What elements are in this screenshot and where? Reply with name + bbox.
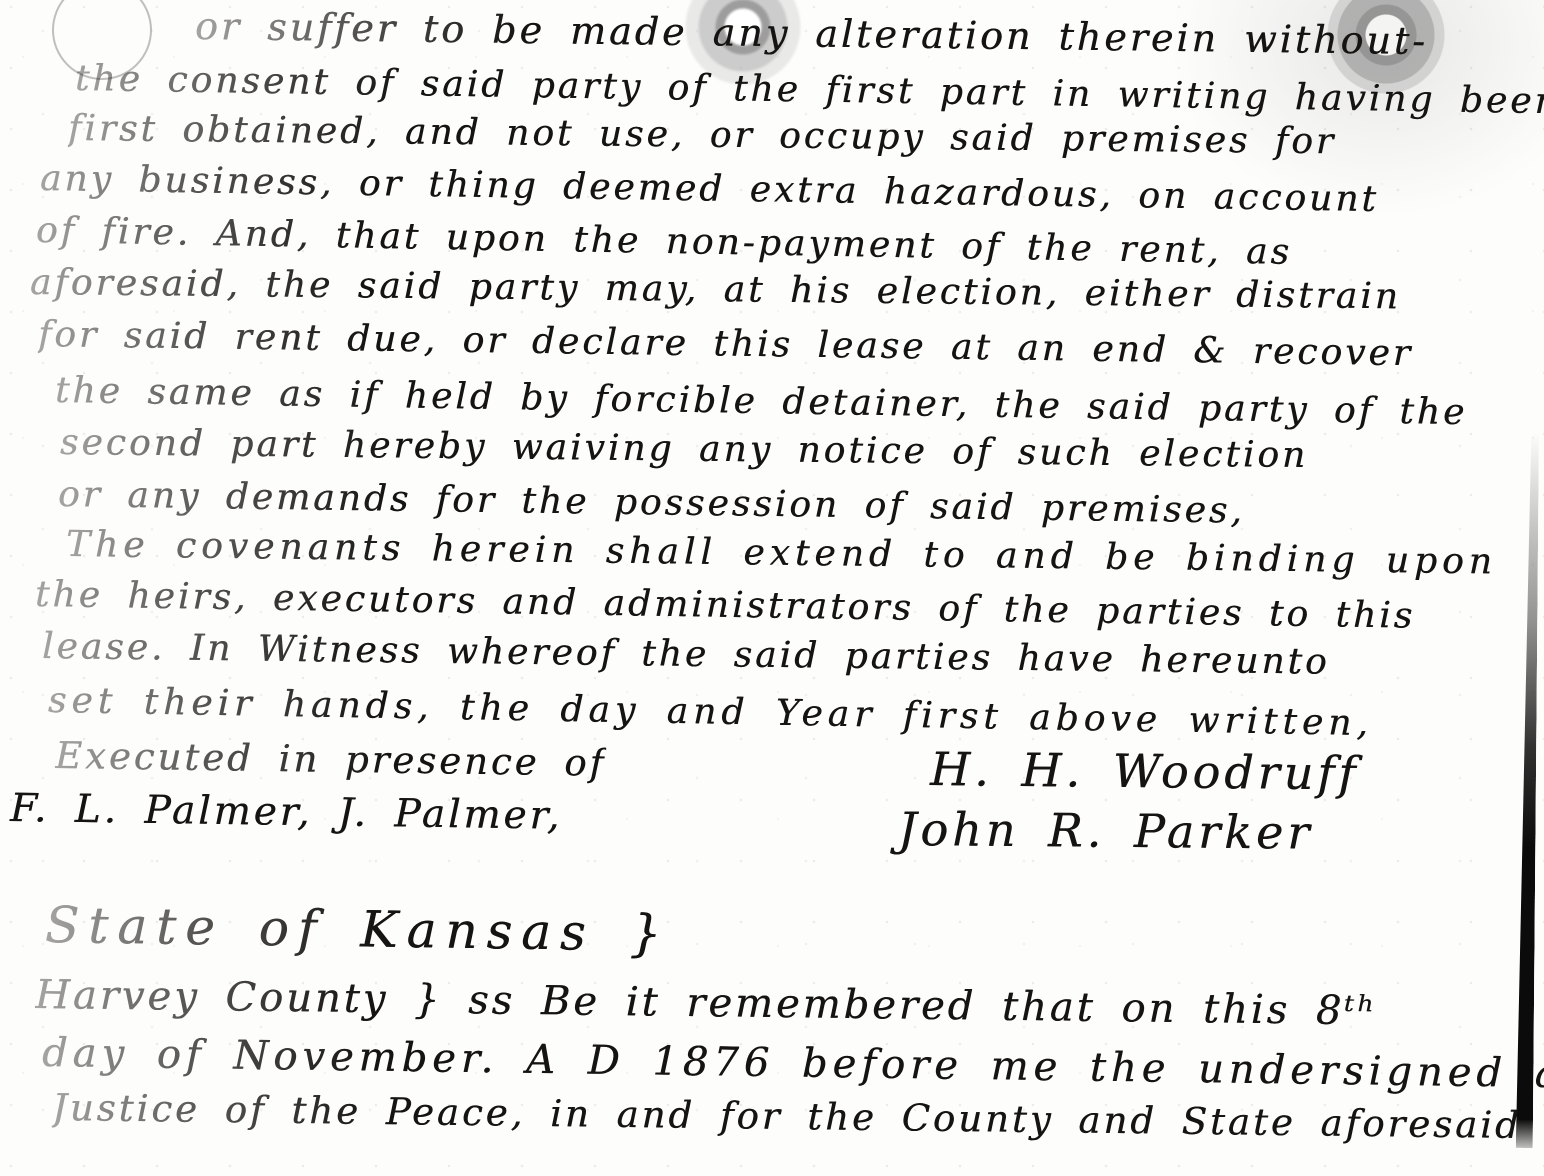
handwritten-line: or any demands for the possession of sai… [58, 474, 1245, 532]
document-scan-page: or suffer to be made any alteration ther… [0, 0, 1544, 1176]
handwritten-line: second part hereby waiving any notice of… [60, 422, 1309, 476]
notary-state-line: State of Kansas } [45, 896, 671, 963]
handwritten-line: lease. In Witness whereof the said parti… [42, 626, 1330, 683]
notary-county-line: Harvey County } ss Be it remembered that… [35, 972, 1378, 1034]
executed-in-presence-line: Executed in presence of [55, 734, 607, 785]
handwritten-line: The covenants herein shall extend to and… [66, 524, 1497, 582]
handwritten-line: the heirs, executors and administrators … [35, 574, 1416, 637]
signature-parker: John R. Parker [898, 802, 1314, 860]
handwritten-line: for said rent due, or declare this lease… [38, 314, 1414, 374]
handwritten-line: any business, or thing deemed extra haza… [40, 158, 1380, 220]
notary-date-line: day of November. A D 1876 before me the … [42, 1030, 1544, 1097]
witness-names-line: F. L. Palmer, J. Palmer, [10, 786, 563, 839]
handwritten-line: first obtained, and not use, or occupy s… [68, 108, 1337, 162]
binding-edge-shadow [1516, 432, 1539, 1148]
handwritten-line: set their hands, the day and Year first … [48, 680, 1374, 744]
handwritten-line: or suffer to be made any alteration ther… [195, 4, 1429, 63]
notary-closing-line: Justice of the Peace, in and for the Cou… [52, 1086, 1522, 1147]
signature-woodruff: H. H. Woodruff [930, 742, 1360, 800]
